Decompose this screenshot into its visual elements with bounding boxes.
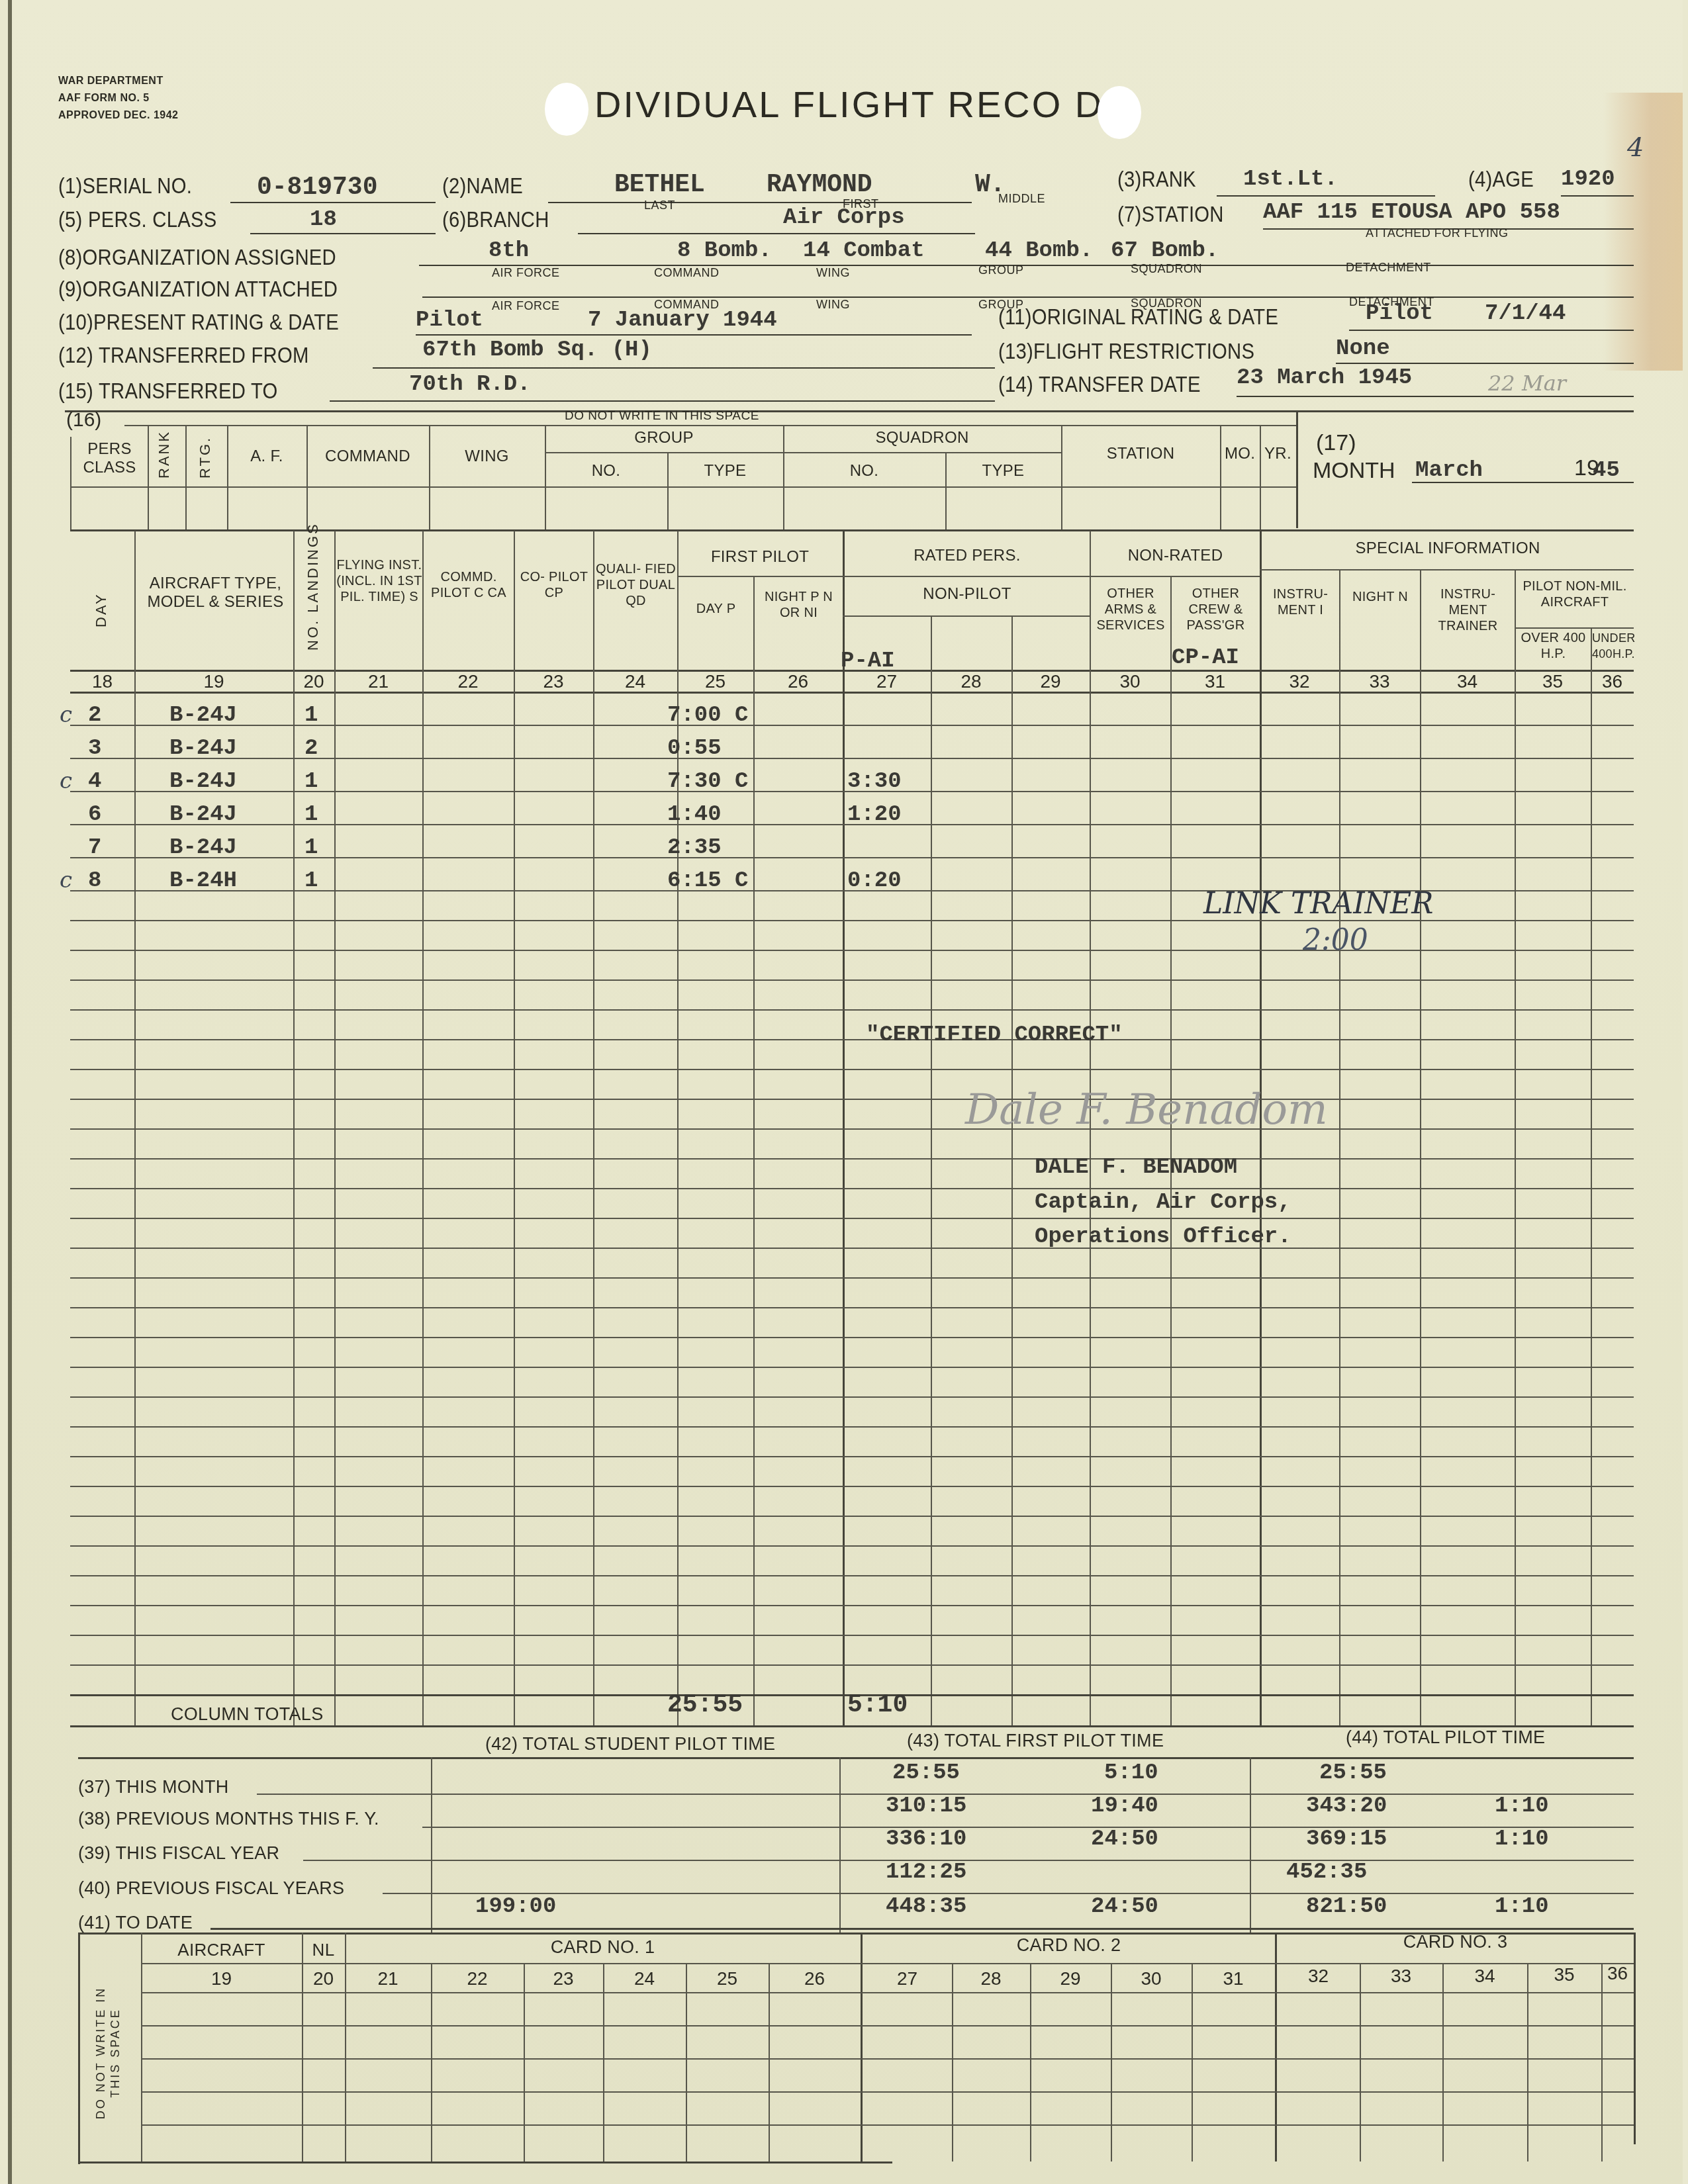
link-trainer-note: LINK TRAINER xyxy=(1203,887,1433,921)
flight-fp-day: 7:30 C xyxy=(667,769,748,794)
colnum-34: 34 xyxy=(1420,671,1515,692)
org2-sub-air-force: AIR FORCE xyxy=(492,299,560,313)
colnum-31: 31 xyxy=(1170,671,1260,692)
punch-hole-right xyxy=(1098,86,1141,139)
summary-total-pilot-header: (44) TOTAL PILOT TIME xyxy=(1346,1727,1545,1748)
colnum-18: 18 xyxy=(70,671,134,692)
card-side-label-2: THIS SPACE xyxy=(108,1983,122,2122)
summary-tp-b: 1:10 xyxy=(1495,1794,1549,1819)
flight-landings: 1 xyxy=(305,868,318,893)
flight-fp-day: 1:40 xyxy=(667,802,722,827)
section16-label: (16) xyxy=(66,409,101,432)
org-sub-squadron: SQUADRON xyxy=(1131,262,1202,276)
summary-fp-b: 5:10 xyxy=(1104,1760,1158,1786)
hdr-instrument: INSTRU- MENT I xyxy=(1262,586,1339,618)
summary-fp-a: 336:10 xyxy=(886,1827,966,1852)
hdr-af: A. F. xyxy=(227,447,306,466)
card-num: 25 xyxy=(686,1968,769,1989)
colnum-30: 30 xyxy=(1090,671,1170,692)
card-num: 35 xyxy=(1527,1964,1601,1985)
flight-aircraft: B-24J xyxy=(169,802,237,827)
flight-fp-day: 0:55 xyxy=(667,736,722,761)
flight-landings: 2 xyxy=(305,736,318,761)
name-last: BETHEL xyxy=(614,171,705,199)
hdr-yr: YR. xyxy=(1260,445,1296,463)
transferred-from-value: 67th Bomb Sq. (H) xyxy=(422,338,652,363)
pers-class-label: (5) PERS. CLASS xyxy=(58,207,216,233)
summary-fp-a: 25:55 xyxy=(892,1760,960,1786)
punch-hole-left xyxy=(545,83,588,136)
colnum-27: 27 xyxy=(843,671,931,692)
transferred-from-label: (12) TRANSFERRED FROM xyxy=(58,343,309,369)
present-rating-value: Pilot xyxy=(416,308,483,333)
org-group: 44 Bomb. xyxy=(985,238,1093,263)
signature: Dale F. Benadom xyxy=(965,1085,1328,1134)
colnum-35: 35 xyxy=(1515,671,1591,692)
summary-row-label: (41) TO DATE xyxy=(78,1913,193,1933)
hdr-commd-pilot: COMMD. PILOT C CA xyxy=(424,569,514,601)
hdr-other-crew: OTHER CREW & PASS'GR xyxy=(1172,586,1260,633)
hdr-flying-inst: FLYING INST. (INCL. IN 1ST PIL. TIME) S xyxy=(336,557,422,605)
transfer-date-handwritten: 22 Mar xyxy=(1488,371,1566,396)
age-value: 1920 xyxy=(1561,167,1615,192)
transferred-to-label: (15) TRANSFERRED TO xyxy=(58,379,277,404)
card-num: 23 xyxy=(524,1968,603,1989)
hdr-squadron-no: NO. xyxy=(783,462,945,480)
branch-value: Air Corps xyxy=(783,205,905,230)
flight-day: 4 xyxy=(88,769,101,794)
flight-record-page: WAR DEPARTMENT AAF FORM NO. 5 APPROVED D… xyxy=(8,0,1683,2184)
org-squadron: 67 Bomb. xyxy=(1111,238,1219,263)
summary-row-label: (40) PREVIOUS FISCAL YEARS xyxy=(78,1878,344,1899)
card-num: 30 xyxy=(1111,1968,1192,1989)
summary-row-label: (39) THIS FISCAL YEAR xyxy=(78,1843,279,1864)
link-trainer-time: 2:00 xyxy=(1303,923,1368,957)
flight-landings: 1 xyxy=(305,835,318,860)
check-mark: c xyxy=(60,768,72,794)
summary-fp-b: 24:50 xyxy=(1091,1827,1158,1852)
org-sub-group: GROUP xyxy=(978,263,1024,277)
officer-name: DALE F. BENADOM xyxy=(1035,1155,1237,1180)
station-sub: ATTACHED FOR FLYING xyxy=(1366,226,1509,240)
card-num: 27 xyxy=(863,1968,952,1989)
summary-student-header: (42) TOTAL STUDENT PILOT TIME xyxy=(485,1734,775,1754)
summary-tp-a: 343:20 xyxy=(1306,1794,1387,1819)
transfer-date-value: 23 March 1945 xyxy=(1237,365,1412,390)
hdr-qualified: QUALI- FIED PILOT DUAL QD xyxy=(594,561,677,609)
card-num: 24 xyxy=(603,1968,686,1989)
month-value: March xyxy=(1415,458,1483,483)
flight-col27: 0:20 xyxy=(847,868,902,893)
hdr-other-arms: OTHER ARMS & SERVICES xyxy=(1091,586,1170,633)
section17-label: (17) xyxy=(1316,430,1356,456)
hdr-station: STATION xyxy=(1061,445,1220,463)
hdr-fp-day: DAY P xyxy=(679,601,753,617)
column-totals-label: COLUMN TOTALS xyxy=(171,1704,323,1725)
hdr-pilot-nonmil: PILOT NON-MIL. AIRCRAFT xyxy=(1516,578,1634,610)
flight-col27: 3:30 xyxy=(847,769,902,794)
flight-aircraft: B-24J xyxy=(169,703,237,728)
hdr-group: GROUP xyxy=(545,429,783,447)
summary-first-pilot-header: (43) TOTAL FIRST PILOT TIME xyxy=(907,1731,1164,1751)
hdr-fp-night: NIGHT P N OR NI xyxy=(755,589,843,621)
hdr-non-rated: NON-RATED xyxy=(1091,547,1260,565)
card-aircraft-header: AIRCRAFT xyxy=(141,1940,302,1959)
hdr-over400: OVER 400 H.P. xyxy=(1516,630,1591,662)
flight-aircraft: B-24H xyxy=(169,868,237,893)
transferred-to-value: 70th R.D. xyxy=(409,372,531,397)
hdr-aircraft: AIRCRAFT TYPE, MODEL & SERIES xyxy=(138,574,293,612)
transfer-date-label: (14) TRANSFER DATE xyxy=(998,372,1201,398)
summary-row-label: (38) PREVIOUS MONTHS THIS F. Y. xyxy=(78,1809,379,1829)
card-1-header: CARD NO. 1 xyxy=(345,1938,861,1956)
card-num: 32 xyxy=(1277,1966,1360,1987)
colnum-24: 24 xyxy=(593,671,677,692)
form-header-line2: AAF FORM NO. 5 xyxy=(58,90,179,107)
summary-fp-a: 310:15 xyxy=(886,1794,966,1819)
hdr-co-pilot: CO- PILOT CP xyxy=(515,569,593,601)
card-num: 21 xyxy=(345,1968,431,1989)
summary-tp-a: 452:35 xyxy=(1286,1860,1367,1885)
hdr-under400: UNDER 400H.P. xyxy=(1592,630,1634,662)
card-3-header: CARD NO. 3 xyxy=(1277,1933,1634,1951)
colnum-26: 26 xyxy=(753,671,843,692)
certified-correct: "CERTIFIED CORRECT" xyxy=(866,1023,1123,1048)
colnum-36: 36 xyxy=(1591,671,1634,692)
org-command: 8 Bomb. xyxy=(677,238,772,263)
officer-title-1: Captain, Air Corps, xyxy=(1035,1190,1291,1215)
age-label: (4)AGE xyxy=(1468,167,1534,193)
check-mark: c xyxy=(60,702,72,728)
colnum-19: 19 xyxy=(134,671,293,692)
flight-fp-day: 7:00 C xyxy=(667,703,748,728)
colnum-28: 28 xyxy=(931,671,1011,692)
original-rating-value: Pilot xyxy=(1366,301,1433,326)
card-num: 31 xyxy=(1192,1968,1275,1989)
colnum-23: 23 xyxy=(514,671,593,692)
serial-value: 0-819730 xyxy=(257,173,377,202)
hdr-landings: NO. LANDINGS xyxy=(305,551,322,651)
summary-fp-a: 448:35 xyxy=(886,1894,966,1919)
colnum-32: 32 xyxy=(1260,671,1339,692)
form-header: WAR DEPARTMENT AAF FORM NO. 5 APPROVED D… xyxy=(58,73,179,124)
present-rating-label: (10)PRESENT RATING & DATE xyxy=(58,310,339,336)
hdr-wing: WING xyxy=(429,447,545,466)
summary-tp-a: 369:15 xyxy=(1306,1827,1387,1852)
org-sub-air-force: AIR FORCE xyxy=(492,266,560,280)
hdr-special-info: SPECIAL INFORMATION xyxy=(1262,539,1634,558)
org-air-force: 8th xyxy=(489,238,529,263)
hdr-group-no: NO. xyxy=(545,462,667,480)
summary-tp-b: 1:10 xyxy=(1495,1827,1549,1852)
rank-label: (3)RANK xyxy=(1117,167,1196,193)
summary-row-label: (37) THIS MONTH xyxy=(78,1777,229,1797)
card-num: 26 xyxy=(769,1968,861,1989)
hdr-pers-class: PERS CLASS xyxy=(71,440,148,477)
org-sub-detachment: DETACHMENT xyxy=(1346,261,1431,275)
year-value: 45 xyxy=(1593,458,1620,483)
flight-day: 3 xyxy=(88,736,101,761)
org2-sub-wing: WING xyxy=(816,298,850,312)
summary-fp-b: 24:50 xyxy=(1091,1894,1158,1919)
card-num: 19 xyxy=(141,1968,302,1989)
flight-landings: 1 xyxy=(305,769,318,794)
branch-label: (6)BRANCH xyxy=(442,207,549,233)
org-attached-label: (9)ORGANIZATION ATTACHED xyxy=(58,277,338,302)
flight-aircraft: B-24J xyxy=(169,835,237,860)
month-label: MONTH xyxy=(1313,458,1395,484)
card-nl-header: NL xyxy=(302,1940,345,1959)
summary-tp-b: 1:10 xyxy=(1495,1894,1549,1919)
card-num: 34 xyxy=(1442,1966,1527,1987)
present-rating-date: 7 January 1944 xyxy=(588,308,777,333)
officer-title-2: Operations Officer. xyxy=(1035,1224,1291,1250)
org-sub-command: COMMAND xyxy=(654,266,720,280)
flight-restrictions-label: (13)FLIGHT RESTRICTIONS xyxy=(998,339,1254,365)
flight-restrictions-value: None xyxy=(1336,336,1390,361)
org-assigned-label: (8)ORGANIZATION ASSIGNED xyxy=(58,245,336,271)
card-2-header: CARD NO. 2 xyxy=(863,1936,1275,1954)
corner-mark: 4 xyxy=(1627,132,1644,163)
pers-class-value: 18 xyxy=(310,207,337,232)
section16-notice: DO NOT WRITE IN THIS SPACE xyxy=(565,409,759,424)
colnum-22: 22 xyxy=(422,671,514,692)
hdr-rated-pers: RATED PERS. xyxy=(845,547,1090,565)
card-num: 29 xyxy=(1030,1968,1111,1989)
stamp-cp-ai: CP-AI xyxy=(1172,645,1239,670)
colnum-20: 20 xyxy=(293,671,334,692)
flight-landings: 1 xyxy=(305,802,318,827)
summary-fp-b: 19:40 xyxy=(1091,1794,1158,1819)
check-mark: c xyxy=(60,867,72,893)
hdr-first-pilot: FIRST PILOT xyxy=(677,548,843,567)
station-value: AAF 115 ETOUSA APO 558 xyxy=(1263,200,1560,225)
form-header-line3: APPROVED DEC. 1942 xyxy=(58,107,179,124)
hdr-rank: RANK xyxy=(156,439,173,478)
hdr-night: NIGHT N xyxy=(1340,589,1420,605)
hdr-command: COMMAND xyxy=(306,447,429,466)
flight-landings: 1 xyxy=(305,703,318,728)
org-sub-wing: WING xyxy=(816,266,850,280)
summary-tp-a: 821:50 xyxy=(1306,1894,1387,1919)
hdr-instr-trainer: INSTRU- MENT TRAINER xyxy=(1421,586,1515,634)
colnum-33: 33 xyxy=(1339,671,1420,692)
name-sub-last: LAST xyxy=(644,199,675,212)
card-num: 36 xyxy=(1601,1963,1634,1984)
flight-day: 8 xyxy=(88,868,101,893)
hdr-group-type: TYPE xyxy=(667,462,783,480)
card-side-label-1: DO NOT WRITE IN xyxy=(93,1983,108,2122)
name-first: RAYMOND xyxy=(767,171,872,199)
colnum-21: 21 xyxy=(334,671,422,692)
card-side-label: DO NOT WRITE IN THIS SPACE xyxy=(93,1983,122,2122)
colnum-25: 25 xyxy=(677,671,753,692)
colnum-29: 29 xyxy=(1011,671,1090,692)
name-label: (2)NAME xyxy=(442,173,523,199)
stamp-p-ai: P-AI xyxy=(841,649,895,674)
column-total-fp-day: 25:55 xyxy=(667,1691,743,1719)
rank-value: 1st.Lt. xyxy=(1243,167,1338,192)
page-title: DIVIDUAL FLIGHT RECO D xyxy=(594,83,1103,126)
card-num: 33 xyxy=(1360,1966,1442,1987)
summary-fp-a: 112:25 xyxy=(886,1860,966,1885)
org-wing: 14 Combat xyxy=(803,238,925,263)
hdr-day: DAY xyxy=(93,574,110,627)
original-rating-label: (11)ORIGINAL RATING & DATE xyxy=(998,304,1278,330)
flight-fp-day: 6:15 C xyxy=(667,868,748,893)
flight-aircraft: B-24J xyxy=(169,769,237,794)
hdr-non-pilot: NON-PILOT xyxy=(845,585,1090,604)
hdr-squadron-type: TYPE xyxy=(945,462,1061,480)
flight-day: 2 xyxy=(88,703,101,728)
card-num: 28 xyxy=(952,1968,1030,1989)
hdr-squadron: SQUADRON xyxy=(783,429,1061,447)
serial-label: (1)SERIAL NO. xyxy=(58,173,192,199)
name-sub-middle: MIDDLE xyxy=(998,192,1045,206)
form-header-line1: WAR DEPARTMENT xyxy=(58,73,179,90)
card-num: 20 xyxy=(302,1968,345,1989)
station-label: (7)STATION xyxy=(1117,202,1224,228)
flight-col27: 1:20 xyxy=(847,802,902,827)
flight-day: 6 xyxy=(88,802,101,827)
hdr-rtg: RTG. xyxy=(197,439,214,478)
card-num: 22 xyxy=(431,1968,524,1989)
hdr-mo: MO. xyxy=(1220,445,1260,463)
original-rating-date: 7/1/44 xyxy=(1485,301,1566,326)
flight-day: 7 xyxy=(88,835,101,860)
flight-fp-day: 2:35 xyxy=(667,835,722,860)
summary-tp-a: 25:55 xyxy=(1319,1760,1387,1786)
flight-aircraft: B-24J xyxy=(169,736,237,761)
summary-student: 199:00 xyxy=(475,1894,556,1919)
column-total-col27: 5:10 xyxy=(847,1691,908,1719)
